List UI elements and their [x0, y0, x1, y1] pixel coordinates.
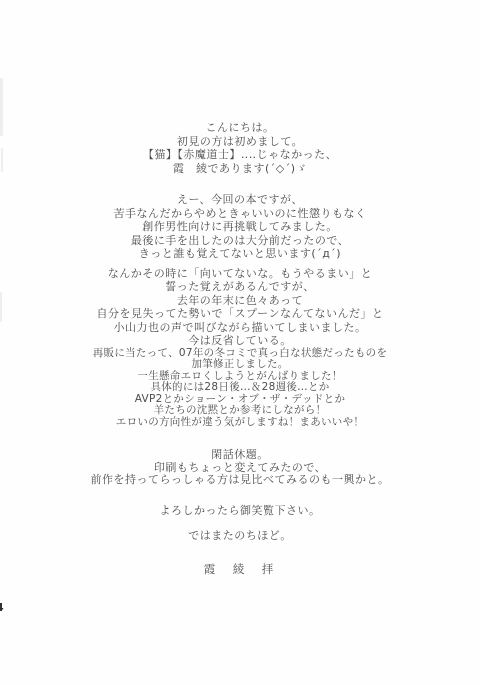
text-line: 苦手なんだからやめときゃいいのに性懲りもなく [0, 207, 480, 221]
text-line: よろしかったら御笑覧下さい。 [0, 504, 480, 518]
text-line: なんかその時に「向いてないな。もうやるまい」と [0, 267, 480, 281]
signature: 霞 綾 拝 [0, 563, 480, 577]
text-line: エロいの方向性が違う気がしますね！まあいいや！ [0, 417, 480, 429]
text-line: 【猫】【赤魔道士】‥‥じゃなかった、 [0, 148, 480, 162]
book-intro-paragraph: えー、今回の本ですが、 苦手なんだからやめときゃいいのに性懲りもなく 創作男性向… [0, 193, 480, 261]
closing-request-paragraph: よろしかったら御笑覧下さい。 [0, 504, 480, 518]
text-line: 去年の年末に色々あって [0, 294, 480, 308]
text-line: 小山力也の声で叫びながら描いてしまいました。 [0, 321, 480, 335]
printing-notes-paragraph: 閑話休題。 印刷もちょっと変えてみたので、 前作を持ってらっしゃる方は見比べてみ… [0, 449, 480, 487]
scanned-page: こんにちは。 初見の方は初めまして。 【猫】【赤魔道士】‥‥じゃなかった、 霞 … [0, 0, 480, 685]
scan-artifact [1, 148, 3, 172]
reprint-notes-paragraph: 再販に当たって、07年の冬コミで真っ白な状態だったものを 加筆修正しました。 一… [0, 348, 480, 429]
text-line: 閑話休題。 [0, 449, 480, 462]
text-line: 羊たちの沈黙とか参考にしながら！ [0, 405, 480, 417]
text-line: 最後に手を出したのは大分前だったので、 [0, 234, 480, 248]
reflection-paragraph: なんかその時に「向いてないな。もうやるまい」と 誓った覚えがあるんですが、 去年… [0, 267, 480, 348]
text-line: 初見の方は初めまして。 [0, 135, 480, 149]
page-number: 4 [0, 601, 4, 614]
text-line: 自分を見失ってた勢いで「スプーンなんてないんだ」と [0, 307, 480, 321]
scan-artifact [0, 78, 3, 136]
signature-line: 霞 綾 拝 [0, 563, 480, 577]
text-line: きっと誰も覚えてないと思います(´д´) [0, 247, 480, 261]
text-line: 具体的には28日後…＆28週後…とか [0, 382, 480, 394]
text-line: 今は反省している。 [0, 334, 480, 348]
greeting-paragraph: こんにちは。 初見の方は初めまして。 【猫】【赤魔道士】‥‥じゃなかった、 霞 … [0, 121, 480, 175]
farewell-paragraph: ではまたのちほど。 [0, 529, 480, 543]
text-line: 創作男性向けに再挑戦してみました。 [0, 220, 480, 234]
scan-artifact [0, 292, 2, 322]
text-line: えー、今回の本ですが、 [0, 193, 480, 207]
afterword-text-column: こんにちは。 初見の方は初めまして。 【猫】【赤魔道士】‥‥じゃなかった、 霞 … [0, 0, 480, 576]
text-line: 前作を持ってらっしゃる方は見比べてみるのも一興かと。 [0, 474, 480, 487]
text-line: こんにちは。 [0, 121, 480, 135]
text-line: ではまたのちほど。 [0, 529, 480, 543]
text-line: 加筆修正しました。 [0, 359, 480, 371]
text-line: 誓った覚えがあるんですが、 [0, 280, 480, 294]
author-intro-line: 霞 綾であります(´◇´)ゞ [0, 162, 480, 176]
